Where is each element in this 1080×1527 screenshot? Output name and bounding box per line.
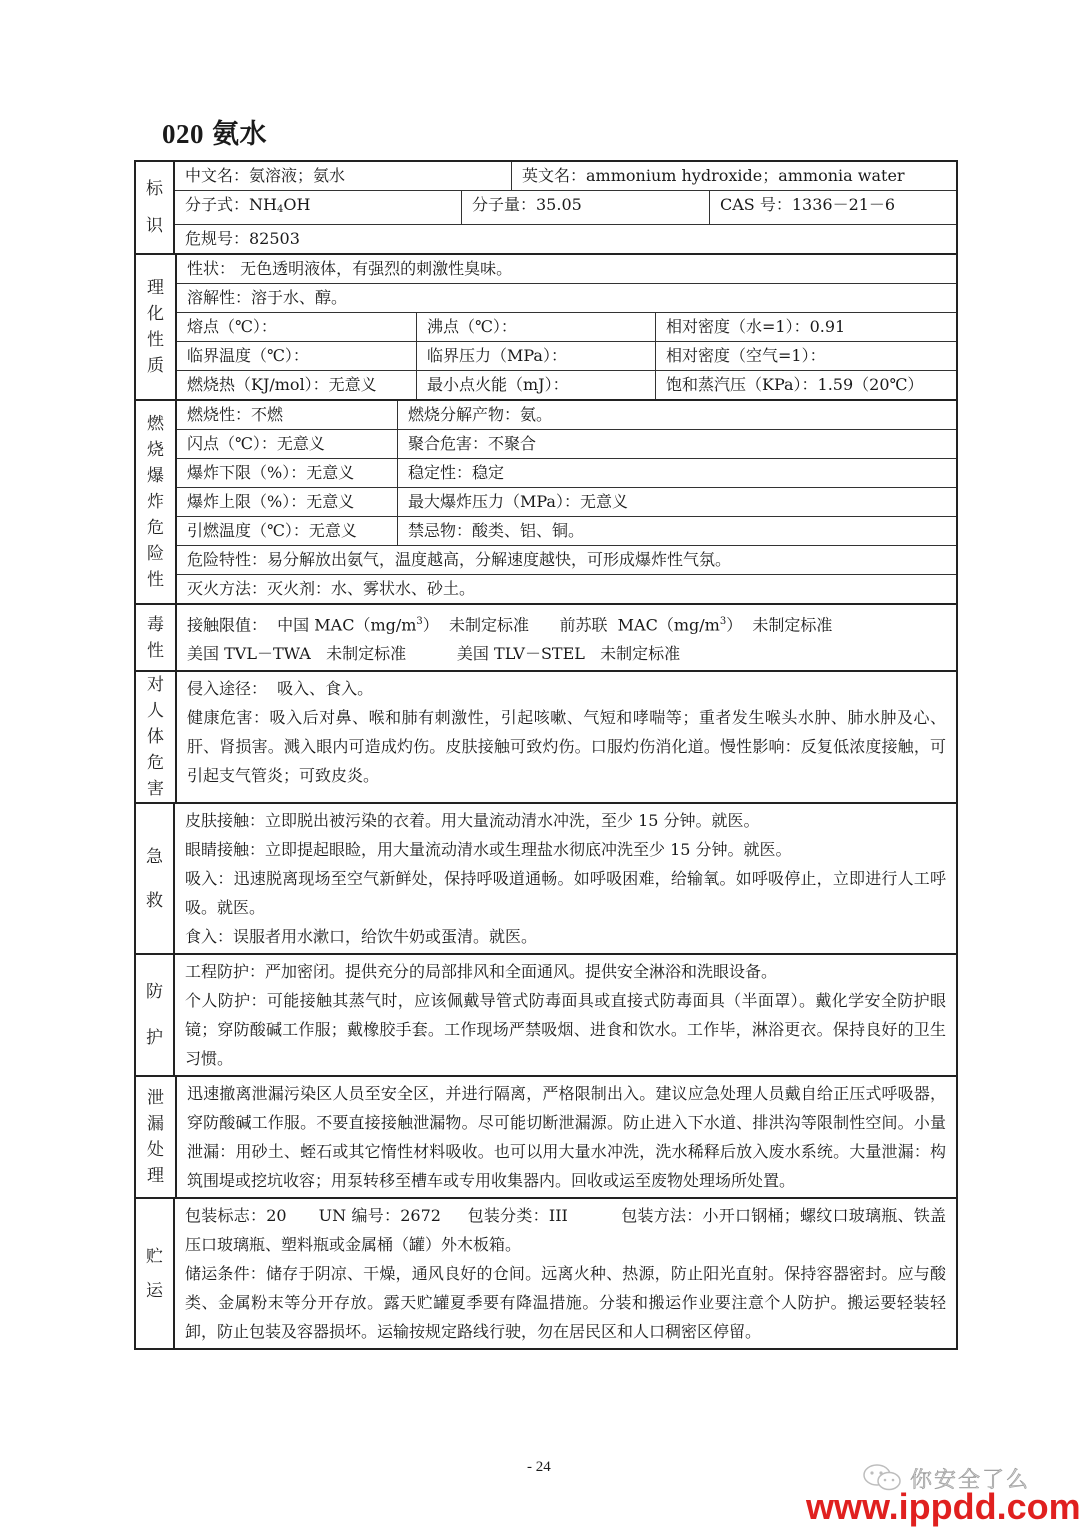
molecular-formula: 分子式：NH4OH (175, 191, 461, 224)
english-name: 英文名：ammonium hydroxide；ammonia water (511, 162, 956, 190)
section-label-storage: 贮运 (136, 1199, 175, 1348)
page-title: 020氨水 (162, 112, 267, 151)
combustion-heat: 燃烧热（KJ/mol）：无意义 (177, 371, 416, 399)
eye-contact: 眼睛接触：立即提起眼睑，用大量流动清水或生理盐水彻底冲洗至少 15 分钟。就医。 (185, 835, 946, 864)
section-label-protection: 防护 (136, 955, 175, 1075)
min-ignition-energy: 最小点火能（mJ）： (416, 371, 655, 399)
hazard-code: 危规号：82503 (175, 225, 956, 253)
max-explosion-pressure: 最大爆炸压力（MPa）：无意义 (397, 488, 956, 516)
upper-explosive-limit: 爆炸上限（%）：无意义 (177, 488, 397, 516)
density-air: 相对密度（空气=1）： (655, 342, 956, 370)
engineering-protection: 工程防护：严加密闭。提供充分的局部排风和全面通风。提供安全淋浴和洗眼设备。 (185, 957, 946, 986)
lower-explosive-limit: 爆炸下限（%）：无意义 (177, 459, 397, 487)
section-fire-explosion: 燃烧爆炸危险性 燃烧性：不燃燃烧分解产物：氨。 闪点（℃）：无意义聚合危害：不聚… (136, 399, 956, 603)
hazard-characteristics: 危险特性：易分解放出氨气，温度越高，分解速度越快，可形成爆炸性气氛。 (177, 546, 956, 574)
vapor-pressure: 饱和蒸汽压（KPa）：1.59（20℃） (655, 371, 956, 399)
flash-point: 闪点（℃）：无意义 (177, 430, 397, 458)
exposure-limits: 接触限值： 中国 MAC（mg/m3） 未制定标准 前苏联 MAC（mg/m3）… (177, 605, 956, 670)
section-health-hazard: 对人体危害 侵入途径： 吸入、食入。 健康危害：吸入后对鼻、喉和肺有刺激性，引起… (136, 670, 956, 802)
section-label-health: 对人体危害 (136, 672, 177, 802)
page-number: - 24 (527, 1459, 551, 1476)
section-toxicity: 毒性 接触限值： 中国 MAC（mg/m3） 未制定标准 前苏联 MAC（mg/… (136, 603, 956, 670)
inhalation: 吸入：迅速脱离现场至空气新鲜处，保持呼吸道通畅。如呼吸困难，给输氧。如呼吸停止，… (185, 864, 946, 922)
polymerization-hazard: 聚合危害：不聚合 (397, 430, 956, 458)
title-name: 氨水 (212, 119, 267, 149)
section-first-aid: 急救 皮肤接触：立即脱出被污染的衣着。用大量流动清水冲洗，至少 15 分钟。就医… (136, 802, 956, 953)
solubility: 溶解性：溶于水、醇。 (177, 284, 956, 312)
packaging-info: 包装标志：20 UN 编号：2672 包装分类：III 包装方法：小开口钢桶；螺… (185, 1201, 946, 1259)
flammability: 燃烧性：不燃 (177, 401, 397, 429)
density-water: 相对密度（水=1）：0.91 (655, 313, 956, 341)
ingestion: 食入：误服者用水漱口，给饮牛奶或蛋清。就医。 (185, 922, 946, 951)
personal-protection: 个人防护：可能接触其蒸气时，应该佩戴导管式防毒面具或直接式防毒面具（半面罩）。戴… (185, 986, 946, 1073)
watermark-url: www.ippdd.com (806, 1486, 1080, 1527)
boiling-point: 沸点（℃）： (416, 313, 655, 341)
incompatible-materials: 禁忌物：酸类、铝、铜。 (397, 517, 956, 545)
safety-data-sheet: 标 识 中文名：氨溶液；氨水 英文名：ammonium hydroxide；am… (134, 160, 958, 1350)
title-number: 020 (162, 119, 204, 149)
section-label-physical: 理化性质 (136, 255, 177, 399)
section-label-leak: 泄漏处理 (136, 1077, 177, 1197)
leak-procedure: 迅速撤离泄漏污染区人员至安全区，并进行隔离，严格限制出入。建议应急处理人员戴自给… (187, 1079, 946, 1195)
section-label-toxicity: 毒性 (136, 605, 177, 670)
section-label-fire: 燃烧爆炸危险性 (136, 401, 177, 603)
appearance: 性状： 无色透明液体，有强烈的刺激性臭味。 (177, 255, 956, 283)
stability: 稳定性：稳定 (397, 459, 956, 487)
section-protection: 防护 工程防护：严加密闭。提供充分的局部排风和全面通风。提供安全淋浴和洗眼设备。… (136, 953, 956, 1075)
section-physical-properties: 理化性质 性状： 无色透明液体，有强烈的刺激性臭味。 溶解性：溶于水、醇。 熔点… (136, 253, 956, 399)
section-identification: 标 识 中文名：氨溶液；氨水 英文名：ammonium hydroxide；am… (136, 162, 956, 253)
critical-temperature: 临界温度（℃）： (177, 342, 416, 370)
section-label-identification: 标 识 (136, 162, 175, 253)
ignition-temperature: 引燃温度（℃）：无意义 (177, 517, 397, 545)
molecular-weight: 分子量：35.05 (461, 191, 709, 224)
health-hazard-text: 健康危害：吸入后对鼻、喉和肺有刺激性，引起咳嗽、气短和哮喘等；重者发生喉头水肿、… (187, 703, 946, 790)
critical-pressure: 临界压力（MPa）： (416, 342, 655, 370)
section-leak-handling: 泄漏处理 迅速撤离泄漏污染区人员至安全区，并进行隔离，严格限制出入。建议应急处理… (136, 1075, 956, 1197)
section-storage-transport: 贮运 包装标志：20 UN 编号：2672 包装分类：III 包装方法：小开口钢… (136, 1197, 956, 1348)
extinguishing-method: 灭火方法：灭火剂：水、雾状水、砂土。 (177, 575, 956, 603)
decomposition-products: 燃烧分解产物：氨。 (397, 401, 956, 429)
storage-conditions: 储运条件：储存于阴凉、干燥，通风良好的仓间。远离火种、热源，防止阳光直射。保持容… (185, 1259, 946, 1346)
melting-point: 熔点（℃）： (177, 313, 416, 341)
section-label-first-aid: 急救 (136, 804, 175, 953)
exposure-route: 侵入途径： 吸入、食入。 (187, 674, 946, 703)
chinese-name: 中文名：氨溶液；氨水 (175, 162, 511, 190)
cas-number: CAS 号：1336－21－6 (709, 191, 956, 224)
skin-contact: 皮肤接触：立即脱出被污染的衣着。用大量流动清水冲洗，至少 15 分钟。就医。 (185, 806, 946, 835)
